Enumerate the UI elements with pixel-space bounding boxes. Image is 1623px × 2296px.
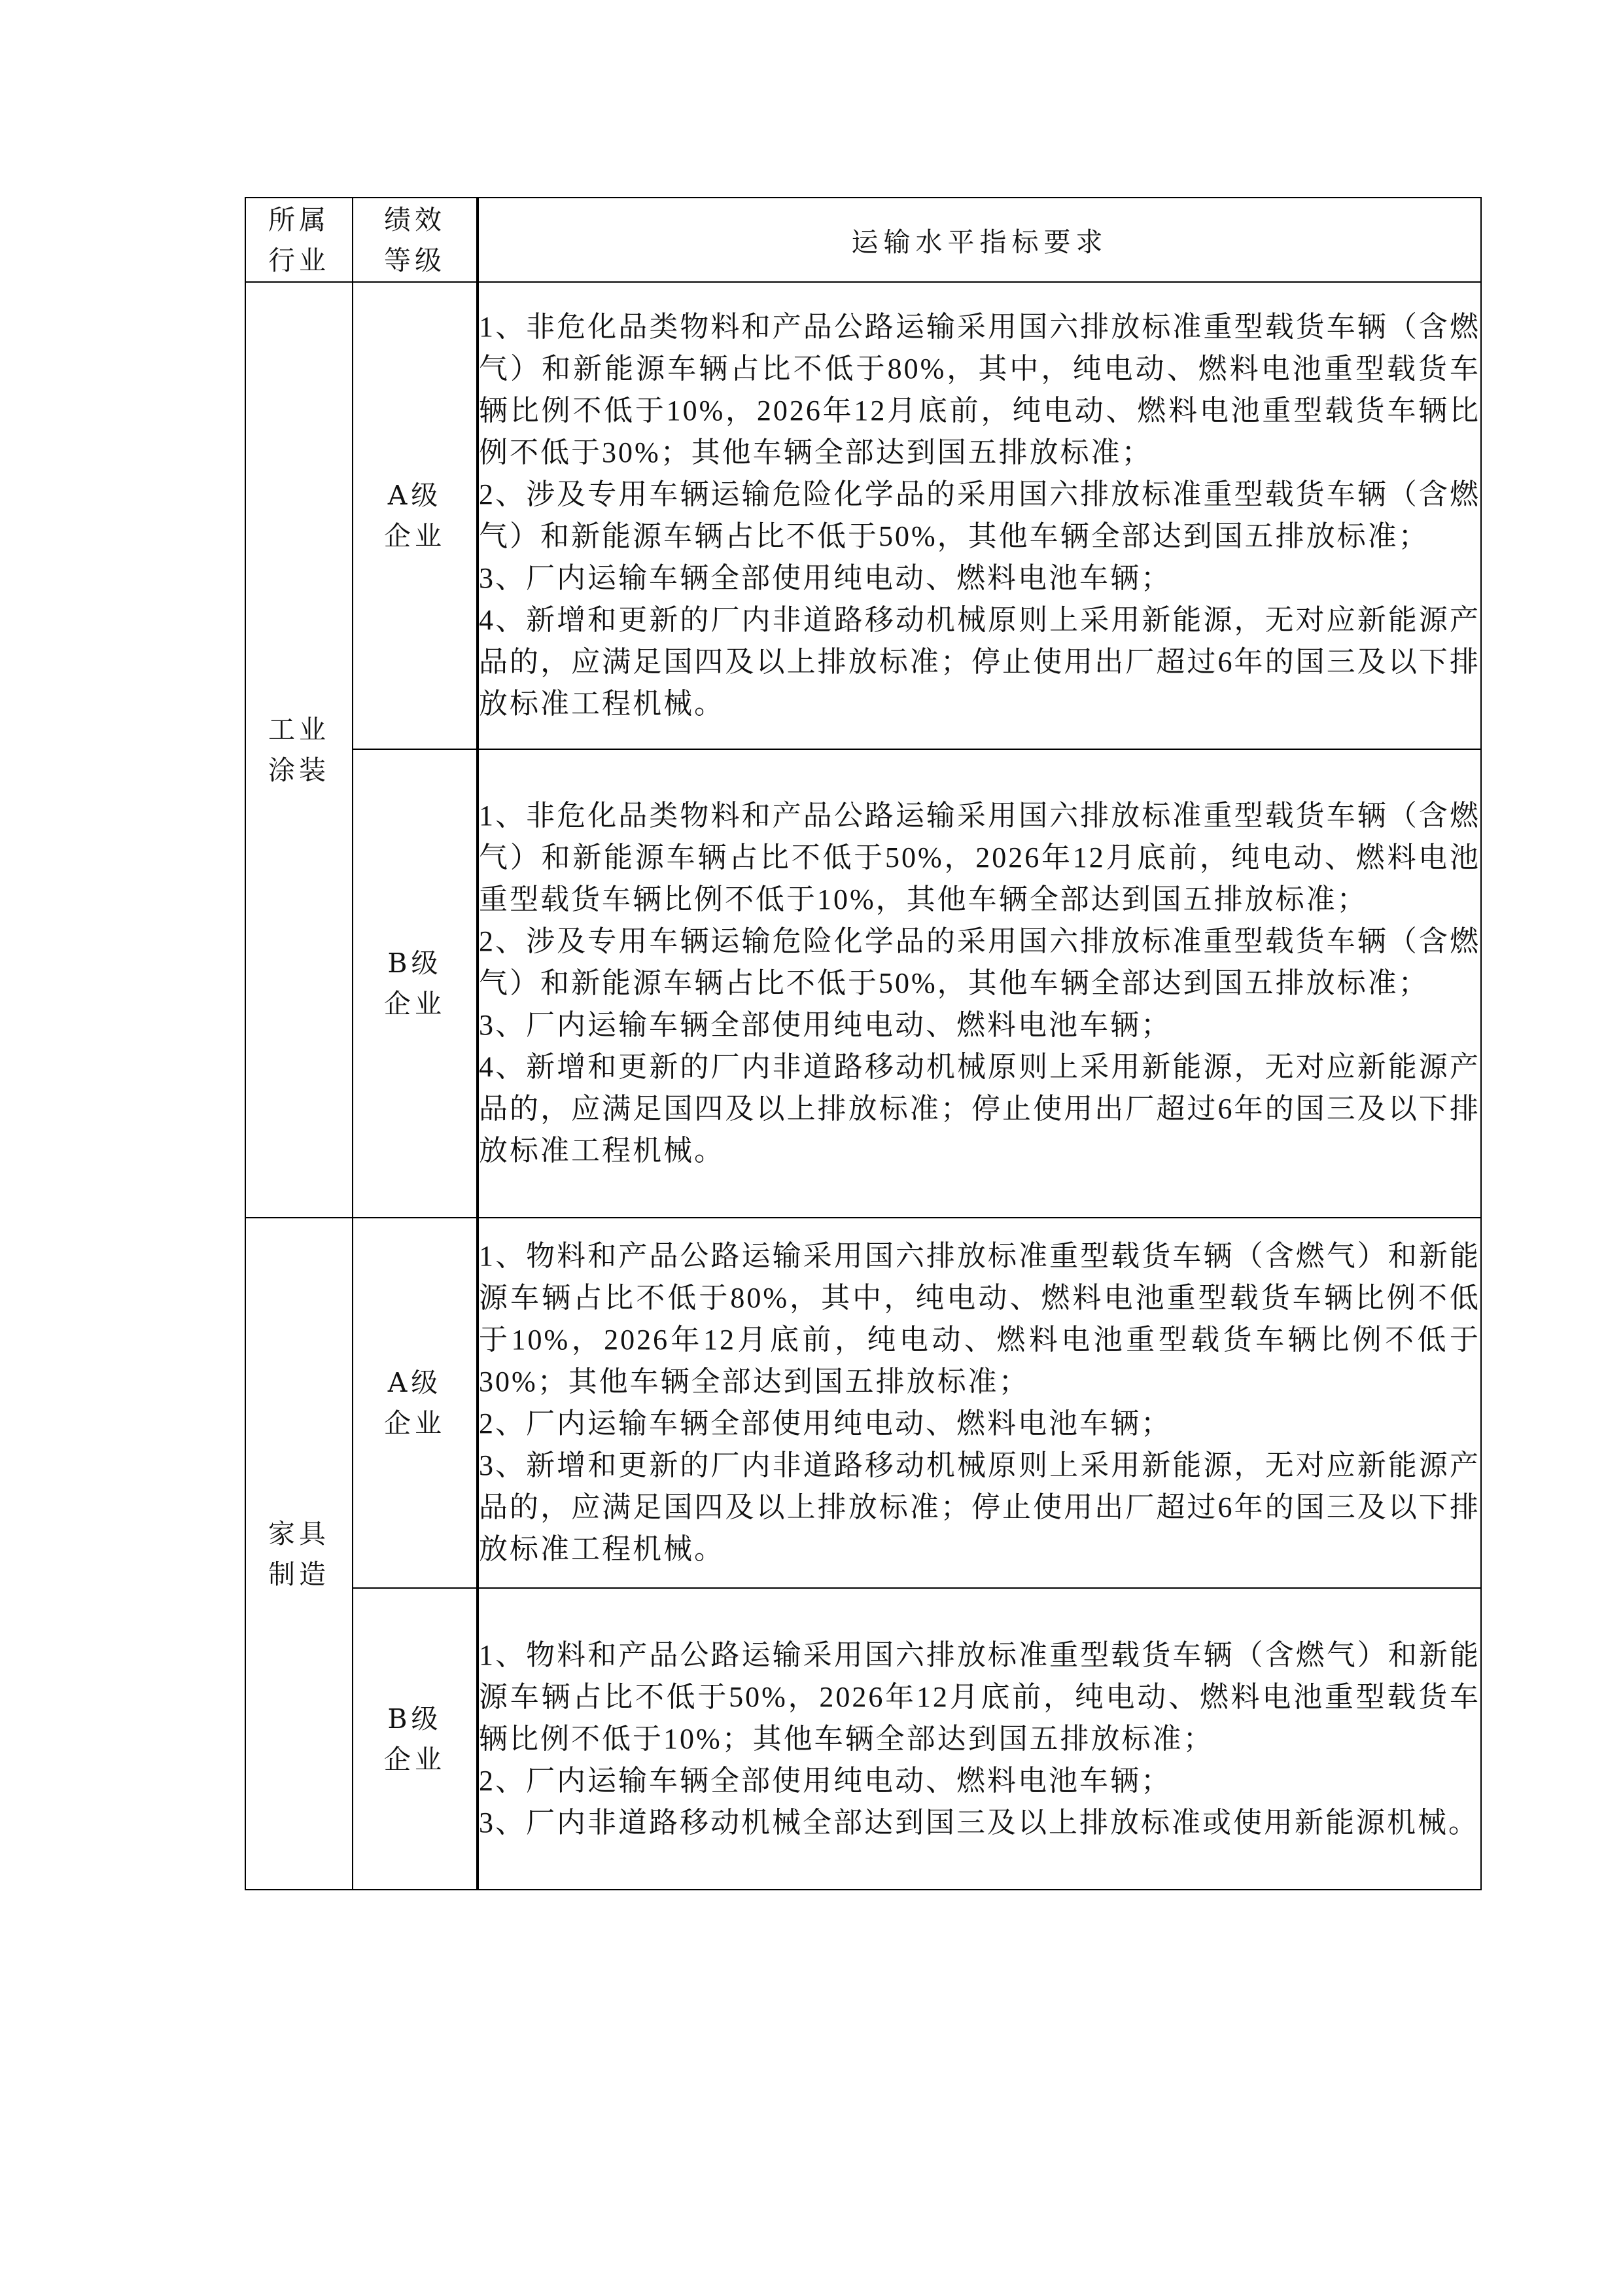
requirement-cell: 1、物料和产品公路运输采用国六排放标准重型载货车辆（含燃气）和新能源车辆占比不低… bbox=[478, 1588, 1481, 1890]
industry-cell-furniture-manufacturing: 家具 制造 bbox=[245, 1218, 353, 1890]
requirement-item: 3、厂内非道路移动机械全部达到国三及以上排放标准或使用新能源机械。 bbox=[479, 1802, 1480, 1844]
requirement-item: 3、厂内运输车辆全部使用纯电动、燃料电池车辆； bbox=[479, 1004, 1480, 1046]
requirement-item: 4、新增和更新的厂内非道路移动机械原则上采用新能源，无对应新能源产品的，应满足国… bbox=[479, 599, 1480, 725]
header-requirement: 运输水平指标要求 bbox=[478, 198, 1481, 282]
grade-cell-b: B级 企业 bbox=[353, 749, 478, 1218]
requirement-item: 2、涉及专用车辆运输危险化学品的采用国六排放标准重型载货车辆（含燃气）和新能源车… bbox=[479, 474, 1480, 557]
grade-cell-a: A级 企业 bbox=[353, 282, 478, 749]
grade-cell-a: A级 企业 bbox=[353, 1218, 478, 1588]
grade-cell-b: B级 企业 bbox=[353, 1588, 478, 1890]
requirement-item: 1、非危化品类物料和产品公路运输采用国六排放标准重型载货车辆（含燃气）和新能源车… bbox=[479, 795, 1480, 921]
requirement-item: 2、厂内运输车辆全部使用纯电动、燃料电池车辆； bbox=[479, 1403, 1480, 1445]
requirement-item: 1、物料和产品公路运输采用国六排放标准重型载货车辆（含燃气）和新能源车辆占比不低… bbox=[479, 1634, 1480, 1760]
requirement-item: 2、厂内运输车辆全部使用纯电动、燃料电池车辆； bbox=[479, 1760, 1480, 1802]
requirement-item: 3、厂内运输车辆全部使用纯电动、燃料电池车辆； bbox=[479, 557, 1480, 599]
requirement-cell: 1、非危化品类物料和产品公路运输采用国六排放标准重型载货车辆（含燃气）和新能源车… bbox=[478, 749, 1481, 1218]
requirement-cell: 1、非危化品类物料和产品公路运输采用国六排放标准重型载货车辆（含燃气）和新能源车… bbox=[478, 282, 1481, 749]
header-industry: 所属 行业 bbox=[245, 198, 353, 282]
requirement-cell: 1、物料和产品公路运输采用国六排放标准重型载货车辆（含燃气）和新能源车辆占比不低… bbox=[478, 1218, 1481, 1588]
requirement-item: 3、新增和更新的厂内非道路移动机械原则上采用新能源，无对应新能源产品的，应满足国… bbox=[479, 1445, 1480, 1570]
requirement-item: 2、涉及专用车辆运输危险化学品的采用国六排放标准重型载货车辆（含燃气）和新能源车… bbox=[479, 921, 1480, 1004]
document-page: 所属 行业 绩效 等级 运输水平指标要求 工业 涂装 A级 企业 1、非危化品类… bbox=[0, 0, 1623, 2296]
industry-cell-industrial-coating: 工业 涂装 bbox=[245, 282, 353, 1218]
requirement-item: 1、物料和产品公路运输采用国六排放标准重型载货车辆（含燃气）和新能源车辆占比不低… bbox=[479, 1235, 1480, 1403]
header-grade: 绩效 等级 bbox=[353, 198, 478, 282]
table-row: B级 企业 1、非危化品类物料和产品公路运输采用国六排放标准重型载货车辆（含燃气… bbox=[245, 749, 1481, 1218]
requirement-item: 1、非危化品类物料和产品公路运输采用国六排放标准重型载货车辆（含燃气）和新能源车… bbox=[479, 306, 1480, 474]
requirement-item: 4、新增和更新的厂内非道路移动机械原则上采用新能源，无对应新能源产品的，应满足国… bbox=[479, 1046, 1480, 1172]
table-row: B级 企业 1、物料和产品公路运输采用国六排放标准重型载货车辆（含燃气）和新能源… bbox=[245, 1588, 1481, 1890]
table-row: 工业 涂装 A级 企业 1、非危化品类物料和产品公路运输采用国六排放标准重型载货… bbox=[245, 282, 1481, 749]
table-header-row: 所属 行业 绩效 等级 运输水平指标要求 bbox=[245, 198, 1481, 282]
table-row: 家具 制造 A级 企业 1、物料和产品公路运输采用国六排放标准重型载货车辆（含燃… bbox=[245, 1218, 1481, 1588]
transport-requirements-table: 所属 行业 绩效 等级 运输水平指标要求 工业 涂装 A级 企业 1、非危化品类… bbox=[245, 197, 1482, 1890]
